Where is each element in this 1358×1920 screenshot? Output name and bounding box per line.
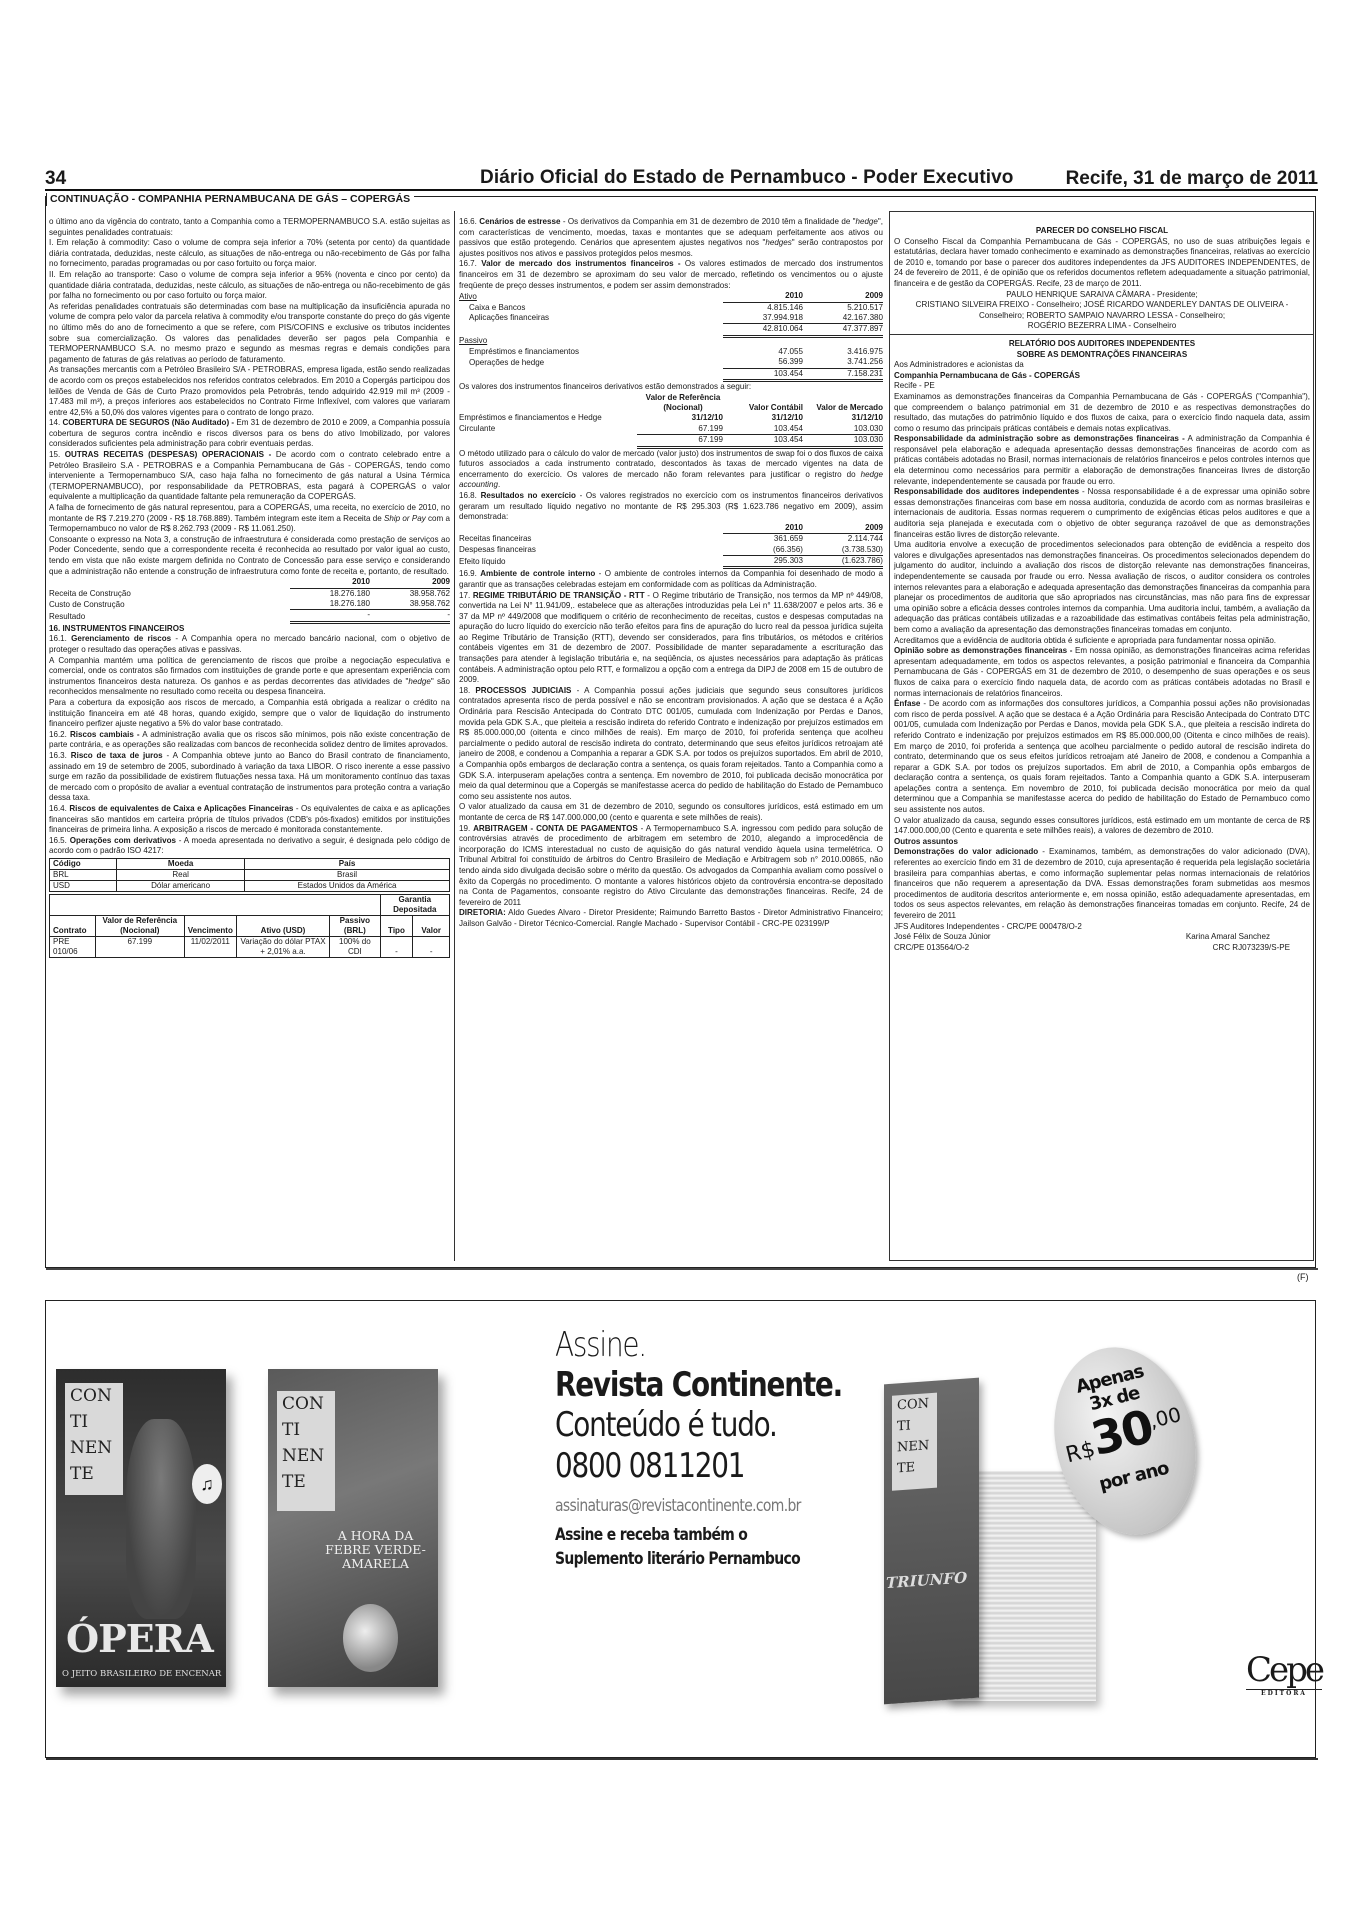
cover-headline: ÓPERA (66, 1616, 213, 1661)
section-16-9: 16.9. Ambiente de controle interno - O a… (459, 569, 883, 590)
section-heading: SOBRE AS DEMONTRAÇÕES FINANCEIRAS (894, 350, 1310, 361)
section-16-3: 16.3. Risco de taxa de juros - A Companh… (49, 751, 450, 804)
section-heading: Outros assuntos (894, 837, 1310, 848)
column-divider (454, 211, 455, 1261)
ad-line: Conteúdo é tudo. (555, 1405, 842, 1445)
section-heading: OUTRAS RECEITAS (DESPESAS) OPERACIONAIS … (65, 450, 272, 459)
signature: Karina Amaral Sanchez (1186, 932, 1310, 943)
column-3: PARECER DO CONSELHO FISCAL O Conselho Fi… (889, 211, 1314, 1261)
section-heading: PARECER DO CONSELHO FISCAL (894, 226, 1310, 237)
paragraph: Responsabilidade da administração sobre … (894, 434, 1310, 487)
magazine-cover-triunfo: CON TI NEN TE TRIUNFO (884, 1378, 979, 1705)
signature: PAULO HENRIQUE SARAIVA CÂMARA - Presiden… (894, 290, 1310, 301)
auditor-signatures: José Félix de Souza Júnior Karina Amaral… (894, 932, 1310, 943)
paragraph: I. Em relação à commodity: Caso o volume… (49, 238, 450, 270)
table-row: Despesas financeiras (66.356) (3.738.530… (459, 545, 883, 556)
registration: CRC RJ073239/S-PE (1213, 943, 1310, 954)
section-17: 17. REGIME TRIBUTÁRIO DE TRANSIÇÃO - RTT… (459, 591, 883, 686)
paragraph: As transações mercantis com a Petróleo B… (49, 365, 450, 418)
page-header: 34 Diário Oficial do Estado de Pernambuc… (45, 167, 1318, 191)
page-number: 34 (45, 169, 66, 189)
paragraph: Ênfase - De acordo com as informações do… (894, 699, 1310, 816)
column-1: o último ano da vigência do contrato, ta… (49, 217, 450, 958)
paragraph: O método utilizado para o cálculo do val… (459, 449, 883, 491)
box-title: CONTINUAÇÃO - COMPANHIA PERNAMBUCANA DE … (46, 193, 414, 206)
cover-headline: A HORA DA FEBRE VERDE-AMARELA (318, 1529, 433, 1571)
signature: ROGÉRIO BEZERRA LIMA - Conselheiro (894, 321, 1310, 332)
section-heading: COBERTURA DE SEGUROS (Não Auditado) - (62, 418, 234, 427)
iso-currency-table: Código Moeda País BRL Real Brasil USD Dó… (49, 858, 450, 892)
table-row: 67.199 103.454 103.030 (459, 435, 883, 447)
paragraph: Opinião sobre as demonstrações financeir… (894, 646, 1310, 699)
table-row: Efeito líquido 295.303 (1.623.786) (459, 555, 883, 567)
paragraph: O Conselho Fiscal da Companhia Pernambuc… (894, 237, 1310, 290)
section-16-8: 16.8. Resultados no exercício - Os valor… (459, 491, 883, 523)
table-row: Caixa e Bancos 4.815.146 5.210.517 (459, 302, 883, 313)
section-15: 15. OUTRAS RECEITAS (DESPESAS) OPERACION… (49, 450, 450, 503)
ad-line: Revista Continente. (555, 1365, 842, 1405)
paragraph: As referidas penalidades contratuais são… (49, 302, 450, 366)
paragraph: A Companhia mantém uma política de geren… (49, 656, 450, 698)
addressee: Aos Administradores e acionistas da (894, 360, 1310, 371)
cepe-editora-logo: Cepe EDITORA (1246, 1653, 1322, 1697)
table-row: Receita de Construção 18.276.180 38.958.… (49, 588, 450, 599)
table-row: Custo de Construção 18.276.180 38.958.76… (49, 599, 450, 610)
paragraph: O valor atualizado da causa em 31 de dez… (459, 802, 883, 823)
column-2: 16.6. Cenários de estresse - Os derivati… (459, 217, 883, 930)
signature: José Félix de Souza Júnior (894, 932, 991, 943)
section-16-5: 16.5. Operações com derivativos - A moed… (49, 836, 450, 857)
paragraph: O valor atualizado da causa, segundo ess… (894, 816, 1310, 837)
market-value-table: Ativo 2010 2009 Caixa e Bancos 4.815.146… (459, 291, 883, 382)
table-row: Empréstimos e financiamentos e Hedge 31/… (459, 413, 883, 423)
continente-logo: CON TI NEN TE (65, 1383, 123, 1495)
auditor-registrations: CRC/PE 013564/O-2 CRC RJ073239/S-PE (894, 943, 1310, 954)
section-16-4: 16.4. Riscos de equivalentes de Caixa e … (49, 804, 450, 836)
ad-line: Suplemento literário Pernambuco (555, 1547, 842, 1571)
copergas-notice-box: CONTINUAÇÃO - COMPANHIA PERNAMBUCANA DE … (45, 196, 1316, 1268)
auditors-report: RELATÓRIO DOS AUDITORES INDEPENDENTES SO… (894, 335, 1310, 953)
ad-line: Assine. (555, 1325, 842, 1365)
section-18: 18. PROCESSOS JUDICIAIS - A Companhia po… (459, 686, 883, 803)
paragraph: Acreditamos que a evidência de auditoria… (894, 636, 1310, 647)
paragraph: Consoante o expresso na Nota 3, a constr… (49, 535, 450, 577)
table-row: Empréstimos e financiamentos 47.055 3.41… (459, 347, 883, 357)
paragraph: Para a cobertura da exposição aos riscos… (49, 698, 450, 730)
table-row: Operações de hedge 56.399 3.741.256 (459, 357, 883, 368)
phone-number: 0800 0811201 (555, 1445, 842, 1487)
footer-mark: (F) (1297, 1272, 1309, 1282)
email-address: assinaturas@revistacontinente.com.br (555, 1493, 842, 1519)
results-table: 2010 2009 Receitas financeiras 361.659 2… (459, 523, 883, 570)
magazine-cover-opera: ♫ CON TI NEN TE ÓPERA O JEITO BRASILEIRO… (56, 1369, 226, 1687)
paragraph: o último ano da vigência do contrato, ta… (49, 217, 450, 238)
cover-subtitle: O JEITO BRASILEIRO DE ENCENAR (62, 1669, 221, 1679)
table-row: 103.454 7.158.231 (459, 368, 883, 380)
fiscal-council-opinion: PARECER DO CONSELHO FISCAL O Conselho Fi… (890, 212, 1313, 335)
company-name: Companhia Pernambucana de Gás - COPERGÁS (894, 371, 1310, 382)
city: Recife - PE (894, 381, 1310, 392)
football-image (343, 1604, 398, 1672)
paragraph: Responsabilidade dos auditores independe… (894, 487, 1310, 540)
cover-headline: TRIUNFO (886, 1569, 967, 1593)
table-row: Circulante 67.199 103.454 103.030 (459, 424, 883, 435)
ad-copy: Assine. Revista Continente. Conteúdo é t… (555, 1325, 905, 1571)
table-row: USD Dólar americano Estados Unidos da Am… (50, 880, 450, 891)
section-16-2: 16.2. Riscos cambiais - A administração … (49, 730, 450, 751)
continente-logo: CON TI NEN TE (277, 1391, 335, 1511)
bird-illustration (126, 1419, 196, 1619)
table-row: Aplicações financeiras 37.994.918 42.167… (459, 313, 883, 324)
table-row: Resultado - - (49, 610, 450, 622)
paragraph: Uma auditoria envolve a execução de proc… (894, 540, 1310, 635)
section-heading: RELATÓRIO DOS AUDITORES INDEPENDENTES (894, 339, 1310, 350)
board-signatures: DIRETORIA: Aldo Guedes Alvaro - Diretor … (459, 908, 883, 929)
construction-table: 2010 2009 Receita de Construção 18.276.1… (49, 577, 450, 624)
paragraph: A falha de fornecimento de gás natural r… (49, 503, 450, 535)
section-16-1: 16.1. Gerenciamento de riscos - A Compan… (49, 634, 450, 655)
magazine-cover-febre: CON TI NEN TE A HORA DA FEBRE VERDE-AMAR… (268, 1369, 438, 1687)
table-row: Receitas financeiras 361.659 2.114.744 (459, 534, 883, 545)
auditor-firm: JFS Auditores Independentes - CRC/PE 000… (894, 922, 1310, 933)
paragraph: Os valores dos instrumentos financeiros … (459, 382, 883, 393)
continente-logo: CON TI NEN TE (892, 1393, 937, 1491)
paragraph: Examinamos as demonstrações financeiras … (894, 392, 1310, 434)
registration: CRC/PE 013564/O-2 (894, 943, 969, 954)
signature: CRISTIANO SILVEIRA FREIXO - Conselheiro;… (894, 300, 1310, 321)
section-16-heading: 16. INSTRUMENTOS FINANCEIROS (49, 624, 450, 635)
table-row: 42.810.064 47.377.897 (459, 324, 883, 336)
ad-line: Assine e receba também o (555, 1523, 842, 1547)
publication-date: Recife, 31 de março de 2011 (1066, 169, 1318, 189)
table-row: BRL Real Brasil (50, 869, 450, 880)
section-16-6: 16.6. Cenários de estresse - Os derivati… (459, 217, 883, 259)
derivatives-table: Garantia Depositada Contrato Valor de Re… (49, 894, 450, 958)
music-note-icon: ♫ (192, 1464, 222, 1504)
section-19: 19. ARBITRAGEM - CONTA DE PAGAMENTOS - A… (459, 824, 883, 909)
section-16-7: 16.7. Valor de mercado dos instrumentos … (459, 259, 883, 291)
table-row: PRE 010/06 67.199 11/02/2011 Variação do… (50, 936, 450, 957)
publication-title: Diário Oficial do Estado de Pernambuco -… (480, 168, 1014, 188)
paragraph: Demonstrações do valor adicionado - Exam… (894, 847, 1310, 921)
section-14: 14. COBERTURA DE SEGUROS (Não Auditado) … (49, 418, 450, 450)
derivative-values-table: Valor de Referência (Nocional) Valor Con… (459, 393, 883, 449)
paragraph: II. Em relação ao transporte: Caso o vol… (49, 270, 450, 302)
advertisement-revista-continente: ♫ CON TI NEN TE ÓPERA O JEITO BRASILEIRO… (45, 1300, 1316, 1758)
